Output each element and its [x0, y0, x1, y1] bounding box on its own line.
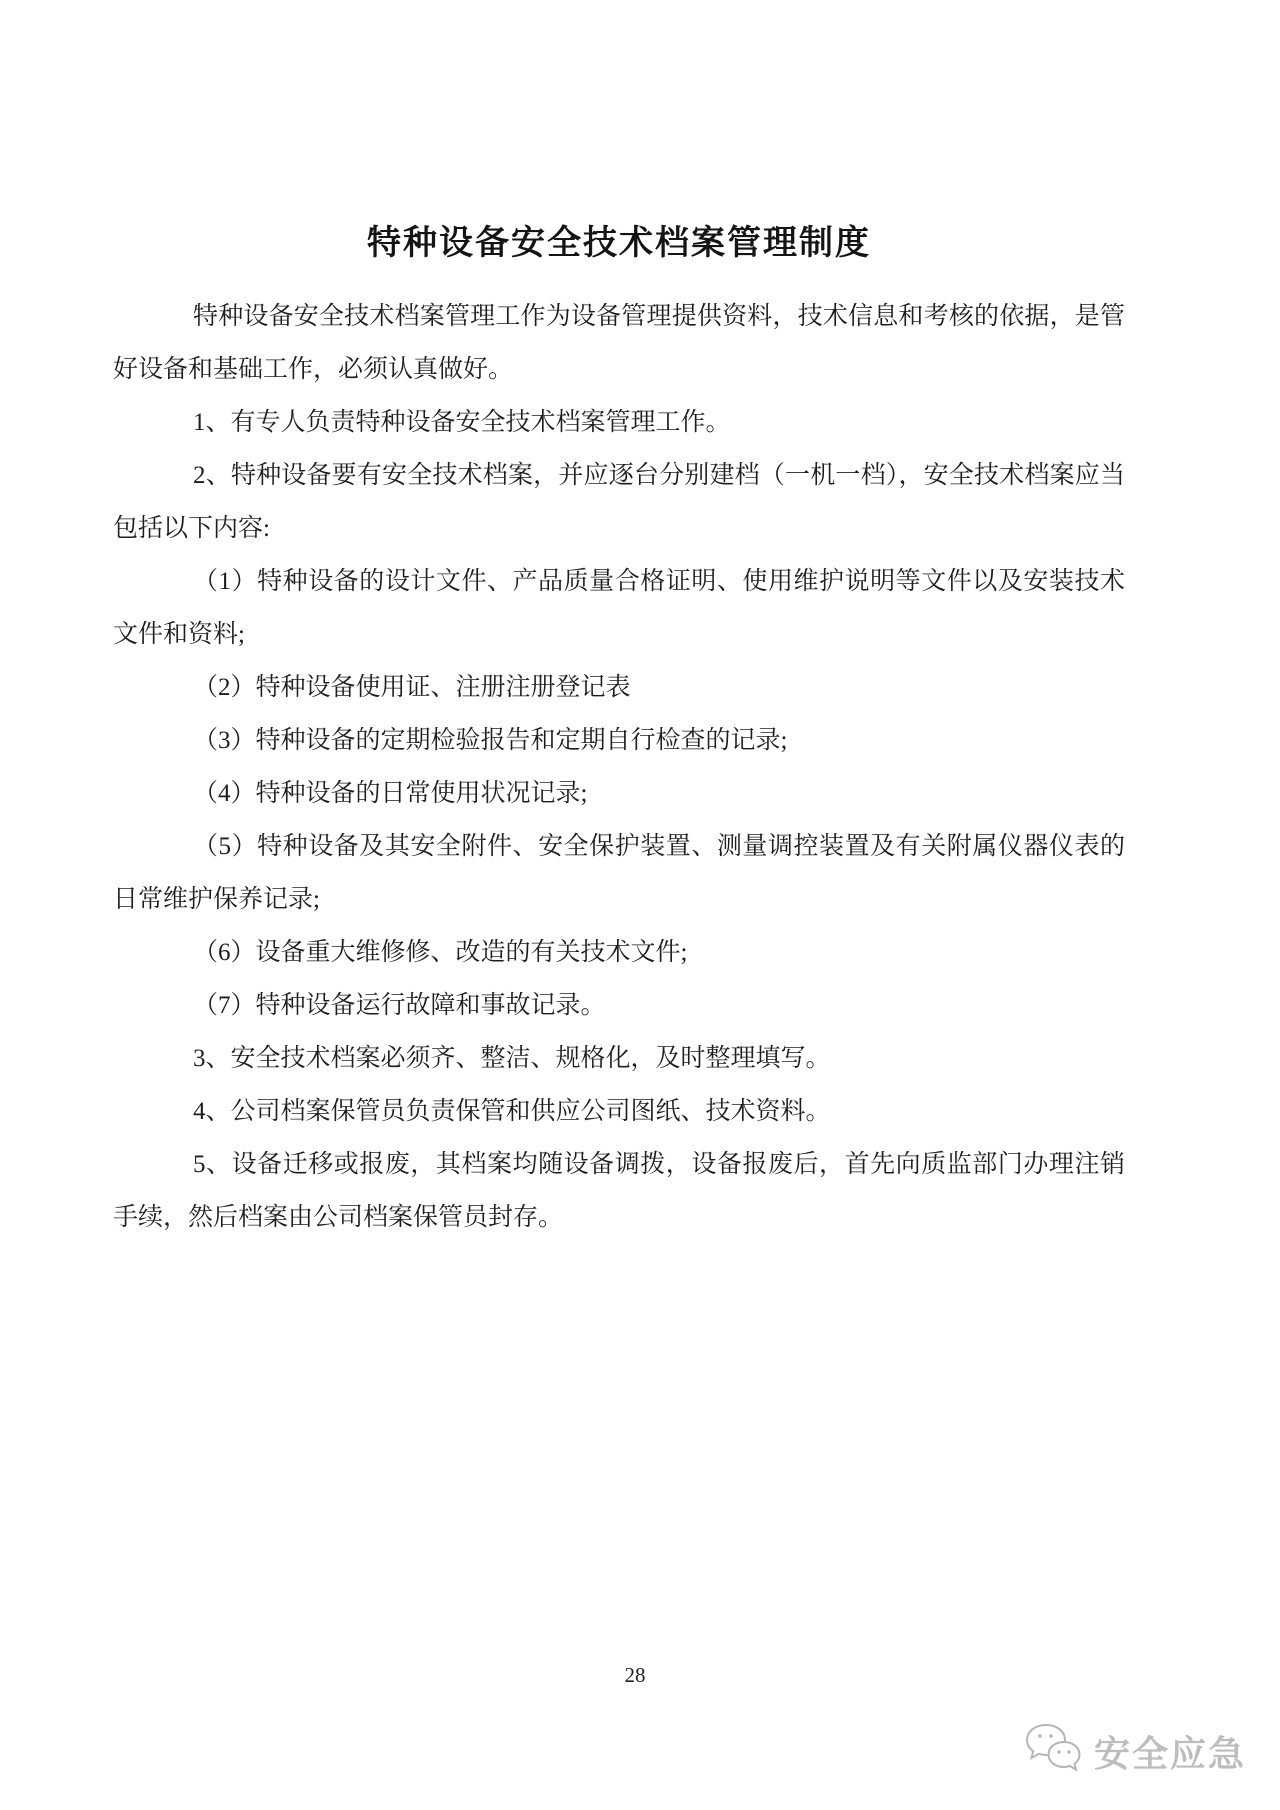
document-title: 特种设备安全技术档案管理制度	[113, 220, 1125, 268]
document-page: 特种设备安全技术档案管理制度 特种设备安全技术档案管理工作为设备管理提供资料，技…	[0, 0, 1280, 1810]
paragraph-subitem-2: （2）特种设备使用证、注册注册登记表	[113, 661, 1125, 714]
paragraph-subitem-7: （7）特种设备运行故障和事故记录。	[113, 979, 1125, 1032]
document-content: 特种设备安全技术档案管理制度 特种设备安全技术档案管理工作为设备管理提供资料，技…	[113, 220, 1125, 1244]
paragraph-item-5: 5、设备迁移或报废，其档案均随设备调拨，设备报废后，首先向质监部门办理注销手续，…	[113, 1138, 1125, 1244]
paragraph-item-1: 1、有专人负责特种设备安全技术档案管理工作。	[113, 396, 1125, 449]
paragraph-item-3: 3、安全技术档案必须齐、整洁、规格化，及时整理填写。	[113, 1032, 1125, 1085]
page-number: 28	[0, 1663, 1270, 1688]
paragraph-subitem-5: （5）特种设备及其安全附件、安全保护装置、测量调控装置及有关附属仪器仪表的日常维…	[113, 820, 1125, 926]
wechat-chat-bubbles-icon	[1022, 1722, 1086, 1780]
paragraph-intro: 特种设备安全技术档案管理工作为设备管理提供资料，技术信息和考核的依据，是管好设备…	[113, 290, 1125, 396]
paragraph-item-4: 4、公司档案保管员负责保管和供应公司图纸、技术资料。	[113, 1085, 1125, 1138]
document-body: 特种设备安全技术档案管理工作为设备管理提供资料，技术信息和考核的依据，是管好设备…	[113, 290, 1125, 1244]
paragraph-subitem-6: （6）设备重大维修修、改造的有关技术文件;	[113, 926, 1125, 979]
paragraph-subitem-1: （1）特种设备的设计文件、产品质量合格证明、使用维护说明等文件以及安装技术文件和…	[113, 555, 1125, 661]
paragraph-subitem-4: （4）特种设备的日常使用状况记录;	[113, 767, 1125, 820]
footer-brand: 安全应急	[1022, 1722, 1246, 1780]
paragraph-subitem-3: （3）特种设备的定期检验报告和定期自行检查的记录;	[113, 714, 1125, 767]
footer-brand-text: 安全应急	[1094, 1726, 1246, 1777]
paragraph-item-2: 2、特种设备要有安全技术档案，并应逐台分别建档（一机一档），安全技术档案应当包括…	[113, 449, 1125, 555]
